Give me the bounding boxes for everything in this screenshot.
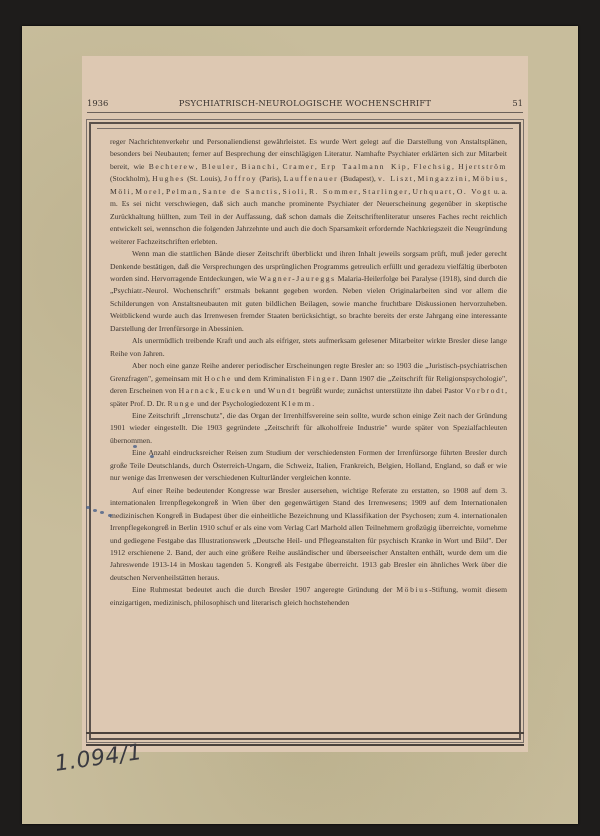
running-head-title: PSYCHIATRISCH-NEUROLOGISCHE WOCHENSCHRIF… xyxy=(87,98,523,108)
spaced-name: O. Vogt xyxy=(457,187,492,196)
spaced-name: Hughes xyxy=(152,174,185,183)
spaced-name: Cramer xyxy=(282,162,314,171)
ink-mark xyxy=(133,445,137,448)
running-head: 1936 PSYCHIATRISCH-NEUROLOGISCHE WOCHENS… xyxy=(87,96,523,113)
spaced-name: Möli xyxy=(110,187,131,196)
paragraph: Eine Ruhmestat bedeutet auch die durch B… xyxy=(110,584,507,609)
spaced-name: Lauffenauer xyxy=(284,174,339,183)
paragraph: Aber noch eine ganze Reihe anderer perio… xyxy=(110,360,507,410)
spaced-name: Klemm xyxy=(281,399,312,408)
spaced-name: R. Sommer xyxy=(309,187,358,196)
article-body: reger Nachrichtenverkehr und Personalien… xyxy=(110,136,507,609)
spaced-name: Harnack xyxy=(179,386,216,395)
paragraph: Als unermüdlich treibende Kraft und auch… xyxy=(110,335,507,360)
spaced-name: Urhquart xyxy=(413,187,453,196)
spaced-name: Bianchi xyxy=(241,162,276,171)
paragraph: Wenn man die stattlichen Bände dieser Ze… xyxy=(110,248,507,335)
spaced-name: Flechsig xyxy=(413,162,452,171)
ink-mark xyxy=(100,511,104,514)
spaced-name: Bechterew xyxy=(149,162,196,171)
clipping-sheet: 1936 PSYCHIATRISCH-NEUROLOGISCHE WOCHENS… xyxy=(82,56,528,752)
ink-mark xyxy=(150,455,154,458)
frame-inner-rule xyxy=(97,128,513,129)
spaced-name: Eucken xyxy=(220,386,252,395)
spaced-name: Hoche xyxy=(204,374,232,383)
paragraph: Eine Zeitschrift „Irrenschutz", die das … xyxy=(110,410,507,447)
spaced-name: Wagner-Jaureggs xyxy=(259,274,335,283)
spaced-name: Pelman xyxy=(166,187,198,196)
spaced-name: Joffroy xyxy=(224,174,257,183)
spaced-name: Möbius xyxy=(396,585,429,594)
bottom-rule xyxy=(86,732,524,746)
spaced-name: Mingazzini xyxy=(418,174,469,183)
spaced-name: Sioli xyxy=(283,187,305,196)
ink-mark xyxy=(108,514,112,517)
ink-mark xyxy=(86,506,90,509)
spaced-name: Morel xyxy=(135,187,162,196)
spaced-name: Möbius xyxy=(472,174,505,183)
paragraph: Eine Anzahl eindrucksreicher Reisen zum … xyxy=(110,447,507,484)
spaced-name: Hjertström xyxy=(458,162,507,171)
spaced-name: Finger xyxy=(307,374,336,383)
spaced-name: Runge xyxy=(168,399,196,408)
page-number: 51 xyxy=(512,98,523,108)
spaced-name: Sante de Sanctis xyxy=(202,187,278,196)
spaced-name: Vorbrodt xyxy=(465,386,505,395)
paragraph: reger Nachrichtenverkehr und Personalien… xyxy=(110,136,507,248)
spaced-name: Starlinger xyxy=(362,187,408,196)
spaced-name: Bleuler xyxy=(202,162,236,171)
ink-mark xyxy=(93,509,97,512)
spaced-name: Wundt xyxy=(268,386,296,395)
paragraph: Auf einer Reihe bedeutender Kongresse wa… xyxy=(110,485,507,585)
spaced-name: Erp Taalmann Kip xyxy=(321,162,407,171)
spaced-name: v. Liszt xyxy=(378,174,413,183)
